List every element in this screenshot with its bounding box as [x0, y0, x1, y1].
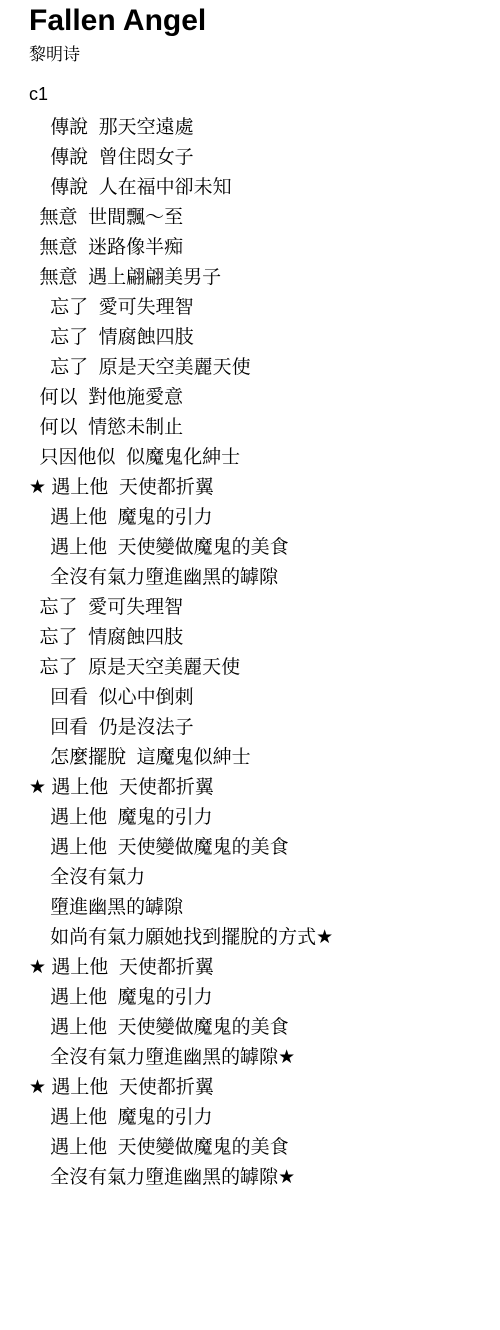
lyric-line-09: 忘了 原是天空美麗天使 — [29, 353, 492, 383]
lyric-line-14: 遇上他 魔鬼的引力 — [29, 503, 492, 533]
lyric-line-24: 遇上他 魔鬼的引力 — [29, 803, 492, 833]
lyric-line-13: ★ 遇上他 天使都折翼 — [29, 473, 492, 503]
lyric-line-18: 忘了 情腐蝕四肢 — [29, 623, 492, 653]
lyric-line-07: 忘了 愛可失理智 — [29, 293, 492, 323]
lyric-line-04: 無意 世間飄～至 — [29, 203, 492, 233]
song-title: Fallen Angel — [29, 2, 492, 40]
lyrics-page: Fallen Angel 黎明诗 c1 傳說 那天空遠處 傳說 曾住悶女子 傳說… — [0, 0, 500, 1330]
lyrics-block: 傳說 那天空遠處 傳說 曾住悶女子 傳說 人在福中卻未知 無意 世間飄～至 無意… — [29, 113, 492, 1193]
lyric-line-22: 怎麼擺脫 這魔鬼似紳士 — [29, 743, 492, 773]
lyric-line-33: ★ 遇上他 天使都折翼 — [29, 1073, 492, 1103]
lyric-line-25: 遇上他 天使變做魔鬼的美食 — [29, 833, 492, 863]
lyric-line-30: 遇上他 魔鬼的引力 — [29, 983, 492, 1013]
lyric-line-21: 回看 仍是沒法子 — [29, 713, 492, 743]
lyric-line-27: 墮進幽黑的罅隙 — [29, 893, 492, 923]
lyric-line-28: 如尚有氣力願她找到擺脫的方式★ — [29, 923, 492, 953]
lyric-line-32: 全沒有氣力墮進幽黑的罅隙★ — [29, 1043, 492, 1073]
lyric-line-10: 何以 對他施愛意 — [29, 383, 492, 413]
lyric-line-08: 忘了 情腐蝕四肢 — [29, 323, 492, 353]
lyric-line-02: 傳說 曾住悶女子 — [29, 143, 492, 173]
lyric-line-31: 遇上他 天使變做魔鬼的美食 — [29, 1013, 492, 1043]
lyric-line-01: 傳說 那天空遠處 — [29, 113, 492, 143]
lyric-line-05: 無意 迷路像半痴 — [29, 233, 492, 263]
lyric-line-06: 無意 遇上翩翩美男子 — [29, 263, 492, 293]
lyric-line-19: 忘了 原是天空美麗天使 — [29, 653, 492, 683]
lyric-line-15: 遇上他 天使變做魔鬼的美食 — [29, 533, 492, 563]
lyric-line-12: 只因他似 似魔鬼化紳士 — [29, 443, 492, 473]
lyric-line-36: 全沒有氣力墮進幽黑的罅隙★ — [29, 1163, 492, 1193]
lyric-line-11: 何以 情慾未制止 — [29, 413, 492, 443]
lyric-line-16: 全沒有氣力墮進幽黑的罅隙 — [29, 563, 492, 593]
lyric-line-23: ★ 遇上他 天使都折翼 — [29, 773, 492, 803]
lyric-line-26: 全沒有氣力 — [29, 863, 492, 893]
lyric-line-35: 遇上他 天使變做魔鬼的美食 — [29, 1133, 492, 1163]
lyric-line-20: 回看 似心中倒刺 — [29, 683, 492, 713]
section-label: c1 — [29, 83, 492, 105]
lyric-line-17: 忘了 愛可失理智 — [29, 593, 492, 623]
lyric-line-03: 傳說 人在福中卻未知 — [29, 173, 492, 203]
lyric-line-29: ★ 遇上他 天使都折翼 — [29, 953, 492, 983]
artist-name: 黎明诗 — [29, 43, 492, 67]
lyric-line-34: 遇上他 魔鬼的引力 — [29, 1103, 492, 1133]
